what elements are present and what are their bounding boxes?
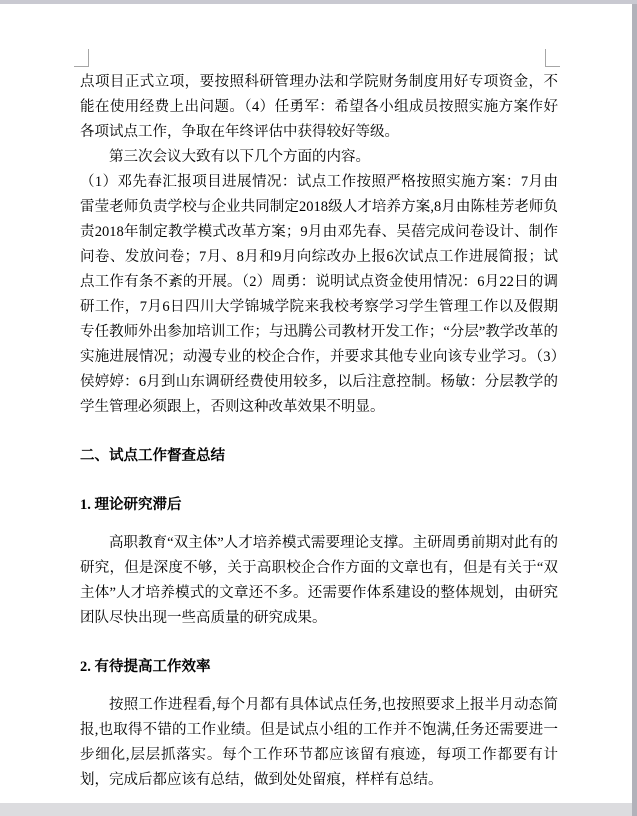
document-viewer: { "chrome": { "top_bar_color": "#c9c9d1"… [0,0,637,816]
paragraph-theory: 高职教育“双主体”人才培养模式需要理论支撑。主研周勇前期对此有的研究，但是深度不… [80,531,558,631]
paragraph: 第三次会议大致有以下几个方面的内容。 [80,145,558,170]
margin-crop-mark-top-right [545,49,560,67]
subsection-heading-2: 2. 有待提高工作效率 [80,655,558,680]
margin-crop-mark-top-left [74,49,89,67]
window-top-edge [0,0,637,4]
paragraph-continuation: 点项目正式立项，要按照科研管理办法和学院财务制度用好专项资金，不能在使用经费上出… [80,70,558,145]
app-background-strip [0,803,632,816]
section-heading: 二、试点工作督查总结 [80,444,558,469]
paragraph-meeting-items: （1）邓先春汇报项目进展情况：试点工作按照严格按照实施方案：7月由雷莹老师负责学… [80,170,558,420]
document-page[interactable]: 点项目正式立项，要按照科研管理办法和学院财务制度用好专项资金，不能在使用经费上出… [80,70,558,793]
scrollbar-track[interactable] [632,0,637,816]
subsection-heading-1: 1. 理论研究滞后 [80,493,558,518]
paragraph-efficiency: 按照工作进程看,每个月都有具体试点任务,也按照要求上报半月动态简报,也取得不错的… [80,693,558,793]
